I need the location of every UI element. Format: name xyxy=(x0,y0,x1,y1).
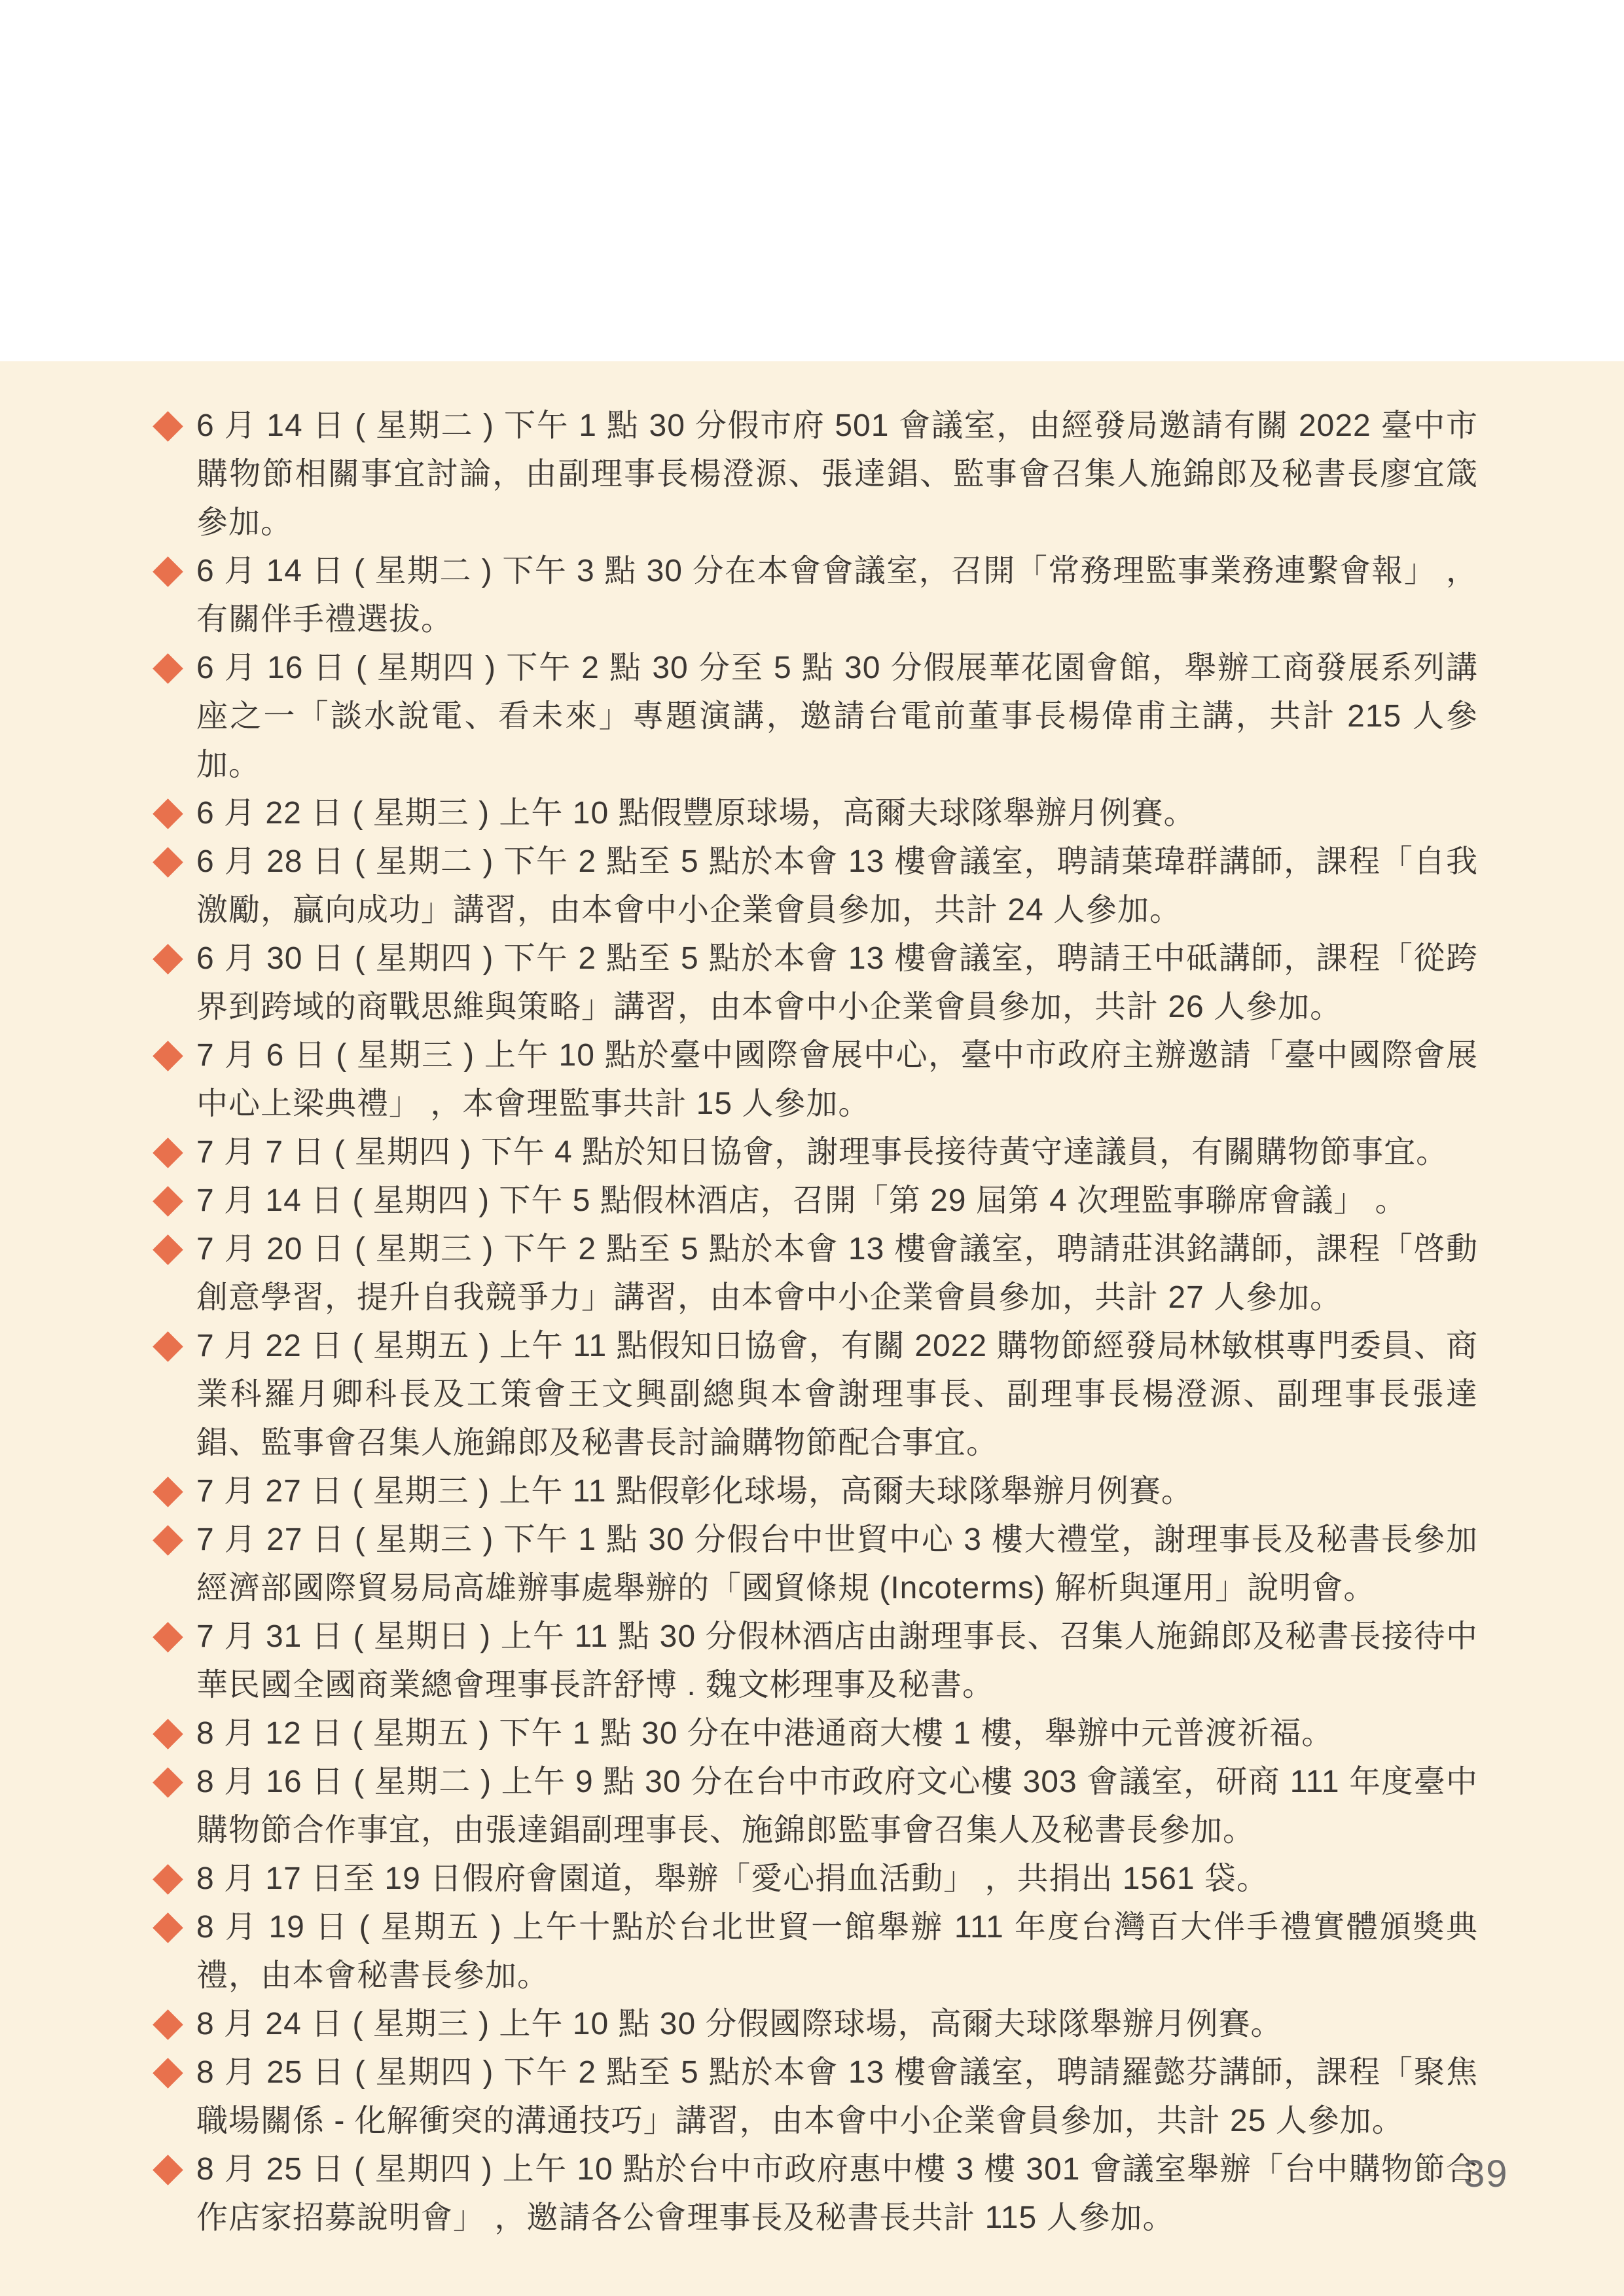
diamond-bullet-icon xyxy=(153,1041,183,1071)
event-item: 6 月 22 日 ( 星期三 ) 上午 10 點假豐原球場，高爾夫球隊舉辦月例賽… xyxy=(154,789,1478,838)
event-text: 7 月 6 日 ( 星期三 ) 上午 10 點於臺中國際會展中心，臺中市政府主辦… xyxy=(196,1038,1478,1121)
diamond-bullet-icon xyxy=(153,1719,183,1749)
event-item: 7 月 6 日 ( 星期三 ) 上午 10 點於臺中國際會展中心，臺中市政府主辦… xyxy=(154,1031,1478,1128)
event-text: 6 月 16 日 ( 星期四 ) 下午 2 點 30 分至 5 點 30 分假展… xyxy=(196,651,1478,782)
event-item: 7 月 31 日 ( 星期日 ) 上午 11 點 30 分假林酒店由謝理事長、召… xyxy=(154,1613,1478,1710)
event-text: 7 月 20 日 ( 星期三 ) 下午 2 點至 5 點於本會 13 樓會議室，… xyxy=(196,1232,1478,1315)
event-text: 8 月 16 日 ( 星期二 ) 上午 9 點 30 分在台中市政府文心樓 30… xyxy=(196,1765,1478,1848)
diamond-bullet-icon xyxy=(153,798,183,829)
diamond-bullet-icon xyxy=(153,1331,183,1362)
event-item: 7 月 27 日 ( 星期三 ) 上午 11 點假彰化球場，高爾夫球隊舉辦月例賽… xyxy=(154,1467,1478,1516)
diamond-bullet-icon xyxy=(153,2009,183,2040)
event-item: 8 月 12 日 ( 星期五 ) 下午 1 點 30 分在中港通商大樓 1 樓，… xyxy=(154,1710,1478,1758)
page-number: 39 xyxy=(1464,2152,1509,2196)
diamond-bullet-icon xyxy=(153,944,183,975)
event-item: 7 月 14 日 ( 星期四 ) 下午 5 點假林酒店，召開「第 29 屆第 4… xyxy=(154,1177,1478,1225)
event-item: 6 月 16 日 ( 星期四 ) 下午 2 點 30 分至 5 點 30 分假展… xyxy=(154,644,1478,789)
event-item: 7 月 27 日 ( 星期三 ) 下午 1 點 30 分假台中世貿中心 3 樓大… xyxy=(154,1516,1478,1613)
diamond-bullet-icon xyxy=(153,411,183,442)
event-item: 8 月 17 日至 19 日假府會園道，舉辦「愛心捐血活動」 ，共捐出 1561… xyxy=(154,1855,1478,1903)
event-text: 7 月 27 日 ( 星期三 ) 上午 11 點假彰化球場，高爾夫球隊舉辦月例賽… xyxy=(196,1474,1193,1509)
event-item: 6 月 14 日 ( 星期二 ) 下午 1 點 30 分假市府 501 會議室，… xyxy=(154,402,1478,547)
diamond-bullet-icon xyxy=(153,2058,183,2089)
event-text: 6 月 22 日 ( 星期三 ) 上午 10 點假豐原球場，高爾夫球隊舉辦月例賽… xyxy=(196,796,1195,831)
event-item: 6 月 30 日 ( 星期四 ) 下午 2 點至 5 點於本會 13 樓會議室，… xyxy=(154,935,1478,1031)
event-text: 7 月 27 日 ( 星期三 ) 下午 1 點 30 分假台中世貿中心 3 樓大… xyxy=(196,1522,1478,1605)
event-item: 7 月 22 日 ( 星期五 ) 上午 11 點假知日協會，有關 2022 購物… xyxy=(154,1322,1478,1467)
diamond-bullet-icon xyxy=(153,1767,183,1798)
diamond-bullet-icon xyxy=(153,1138,183,1168)
event-item: 8 月 25 日 ( 星期四 ) 下午 2 點至 5 點於本會 13 樓會議室，… xyxy=(154,2049,1478,2145)
event-text: 6 月 14 日 ( 星期二 ) 下午 1 點 30 分假市府 501 會議室，… xyxy=(196,408,1478,540)
diamond-bullet-icon xyxy=(153,2155,183,2185)
event-text: 8 月 25 日 ( 星期四 ) 上午 10 點於台中市政府惠中樓 3 樓 30… xyxy=(196,2152,1478,2235)
event-text: 7 月 14 日 ( 星期四 ) 下午 5 點假林酒店，召開「第 29 屆第 4… xyxy=(196,1183,1407,1218)
event-item: 6 月 28 日 ( 星期二 ) 下午 2 點至 5 點於本會 13 樓會議室，… xyxy=(154,838,1478,935)
event-item: 7 月 20 日 ( 星期三 ) 下午 2 點至 5 點於本會 13 樓會議室，… xyxy=(154,1225,1478,1322)
diamond-bullet-icon xyxy=(153,1622,183,1653)
event-text: 8 月 19 日 ( 星期五 ) 上午十點於台北世貿一館舉辦 111 年度台灣百… xyxy=(196,1910,1478,1993)
event-item: 8 月 24 日 ( 星期三 ) 上午 10 點 30 分假國際球場，高爾夫球隊… xyxy=(154,2000,1478,2049)
diamond-bullet-icon xyxy=(153,556,183,587)
diamond-bullet-icon xyxy=(153,1234,183,1265)
diamond-bullet-icon xyxy=(153,653,183,684)
event-item: 8 月 19 日 ( 星期五 ) 上午十點於台北世貿一館舉辦 111 年度台灣百… xyxy=(154,1903,1478,2000)
event-text: 7 月 31 日 ( 星期日 ) 上午 11 點 30 分假林酒店由謝理事長、召… xyxy=(196,1619,1478,1702)
event-item: 8 月 25 日 ( 星期四 ) 上午 10 點於台中市政府惠中樓 3 樓 30… xyxy=(154,2145,1478,2242)
diamond-bullet-icon xyxy=(153,847,183,878)
event-text: 8 月 25 日 ( 星期四 ) 下午 2 點至 5 點於本會 13 樓會議室，… xyxy=(196,2055,1478,2138)
bulletin-page: 6 月 14 日 ( 星期二 ) 下午 1 點 30 分假市府 501 會議室，… xyxy=(0,0,1624,2296)
event-item: 8 月 16 日 ( 星期二 ) 上午 9 點 30 分在台中市政府文心樓 30… xyxy=(154,1758,1478,1855)
diamond-bullet-icon xyxy=(153,1477,183,1507)
diamond-bullet-icon xyxy=(153,1525,183,1556)
event-item: 7 月 7 日 ( 星期四 ) 下午 4 點於知日協會，謝理事長接待黃守達議員，… xyxy=(154,1128,1478,1177)
event-item: 6 月 14 日 ( 星期二 ) 下午 3 點 30 分在本會會議室，召開「常務… xyxy=(154,547,1478,644)
top-white-band xyxy=(0,0,1624,361)
diamond-bullet-icon xyxy=(153,1186,183,1217)
event-text: 6 月 28 日 ( 星期二 ) 下午 2 點至 5 點於本會 13 樓會議室，… xyxy=(196,844,1478,927)
event-list: 6 月 14 日 ( 星期二 ) 下午 1 點 30 分假市府 501 會議室，… xyxy=(154,402,1478,2242)
event-text: 7 月 7 日 ( 星期四 ) 下午 4 點於知日協會，謝理事長接待黃守達議員，… xyxy=(196,1135,1448,1170)
diamond-bullet-icon xyxy=(153,1864,183,1895)
event-text: 8 月 24 日 ( 星期三 ) 上午 10 點 30 分假國際球場，高爾夫球隊… xyxy=(196,2007,1283,2041)
event-text: 8 月 12 日 ( 星期五 ) 下午 1 點 30 分在中港通商大樓 1 樓，… xyxy=(196,1716,1333,1751)
event-text: 8 月 17 日至 19 日假府會園道，舉辦「愛心捐血活動」 ，共捐出 1561… xyxy=(196,1861,1269,1896)
event-text: 7 月 22 日 ( 星期五 ) 上午 11 點假知日協會，有關 2022 購物… xyxy=(196,1329,1478,1460)
event-text: 6 月 14 日 ( 星期二 ) 下午 3 點 30 分在本會會議室，召開「常務… xyxy=(196,554,1478,637)
diamond-bullet-icon xyxy=(153,1912,183,1943)
event-text: 6 月 30 日 ( 星期四 ) 下午 2 點至 5 點於本會 13 樓會議室，… xyxy=(196,941,1478,1024)
